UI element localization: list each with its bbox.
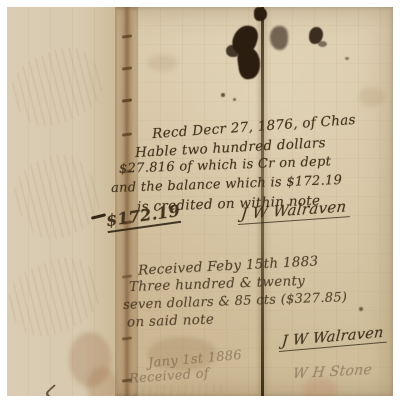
stitch-mark bbox=[122, 336, 132, 340]
paper-stain bbox=[147, 55, 177, 71]
ink-speck bbox=[345, 57, 349, 60]
ink-speck bbox=[359, 307, 363, 311]
manuscript-photo: Recd Decr 27, 1876, of Chas Hable two hu… bbox=[7, 7, 393, 396]
ink-speck bbox=[233, 98, 236, 101]
binding-seam bbox=[115, 7, 138, 396]
bleed-through-mark bbox=[7, 144, 110, 250]
ink-speck bbox=[221, 93, 225, 97]
handwritten-line: on said note bbox=[127, 311, 215, 330]
screenshot-root: { "document": { "entries": [ { "lines": … bbox=[0, 0, 400, 400]
signature: J W Walraven bbox=[279, 324, 388, 352]
ink-blot bbox=[226, 45, 239, 57]
stitch-mark bbox=[122, 34, 132, 38]
ink-blot bbox=[236, 46, 262, 81]
ink-blot bbox=[270, 26, 288, 50]
stitch-mark bbox=[122, 66, 132, 70]
pen-mark bbox=[43, 384, 64, 396]
signature: W H Stone bbox=[292, 362, 373, 382]
ink-blot bbox=[254, 7, 267, 21]
stitch-mark bbox=[122, 98, 132, 102]
stitch-mark bbox=[122, 132, 132, 136]
bleed-through-mark bbox=[7, 37, 111, 137]
ink-blot bbox=[318, 41, 327, 47]
paper-stain bbox=[359, 87, 385, 107]
